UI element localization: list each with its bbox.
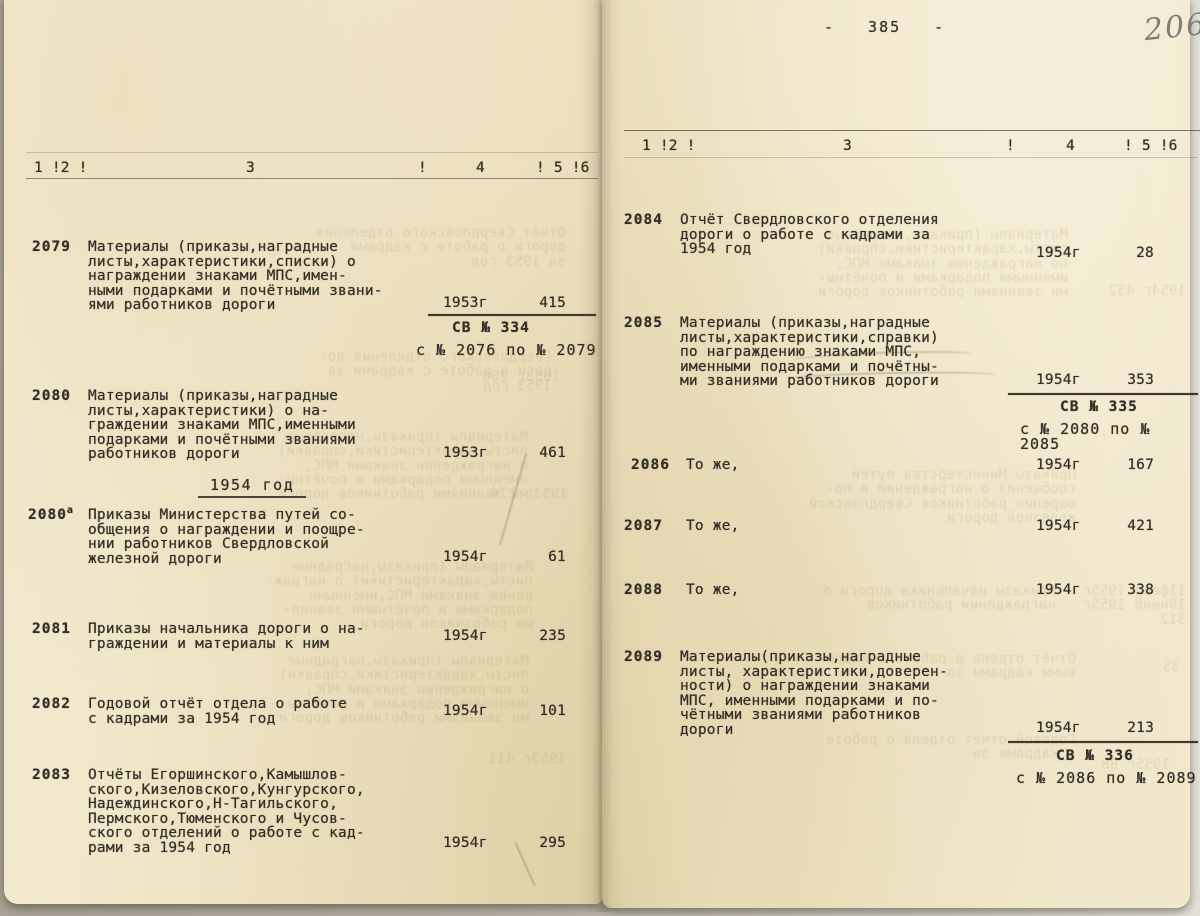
entry-2079-sheets: 415	[508, 296, 566, 311]
right-col-separator: !	[1006, 139, 1015, 154]
right-col-4: 4	[1066, 139, 1075, 154]
entry-2080a-number: 2080а	[28, 508, 74, 523]
entry-2080-description: Материалы (приказы,наградные листы,харак…	[88, 389, 356, 462]
entry-2080-number: 2080	[32, 389, 71, 404]
page-number: - 385 -	[824, 20, 945, 35]
entry-2080a-sheets: 61	[508, 550, 566, 565]
right-header-rule-top	[624, 130, 1200, 131]
entry-2080a-number-superscript: а	[67, 505, 74, 516]
document-scan: 1 !2 ! 3 ! 4 ! 5 !6 2079 Материалы (прик…	[0, 0, 1200, 916]
entry-2087-number: 2087	[624, 519, 663, 534]
entry-2086-year: 1954г	[1036, 458, 1081, 473]
entry-2080-year: 1953г	[443, 446, 488, 461]
bleedthrough-text: 35	[1130, 660, 1180, 674]
entry-2086-sheets: 167	[1096, 458, 1154, 473]
entry-2085-year: 1954г	[1036, 373, 1081, 388]
entry-2081-sheets: 235	[508, 629, 566, 644]
entry-2083-sheets: 295	[508, 836, 566, 851]
entry-2082-number: 2082	[32, 697, 71, 712]
entry-2089-sheets: 213	[1096, 721, 1154, 736]
entry-2083-number: 2083	[32, 768, 71, 783]
entry-2080a-year: 1954г	[443, 550, 488, 565]
right-col-5-6: ! 5 !6	[1124, 139, 1178, 154]
entry-2083-description: Отчёты Егоршинского,Камышлов- ского,Кизе…	[88, 768, 365, 856]
right-col-1-2: 1 !2 !	[642, 139, 696, 154]
entry-2086-number: 2086	[631, 458, 670, 473]
right-col-3: 3	[843, 139, 852, 154]
bleedthrough-text: 1953г 411	[446, 752, 566, 766]
sv336-rule	[1008, 741, 1198, 743]
entry-2081-description: Приказы начальника дороги о на- граждени…	[88, 622, 365, 651]
entry-2082-year: 1954г	[443, 704, 488, 719]
sv335-rule	[1008, 393, 1198, 395]
entry-2082-sheets: 101	[508, 704, 566, 719]
entry-2084-description: Отчёт Свердловского отделения дороги о р…	[680, 213, 939, 257]
entry-2089-description: Материалы(приказы,наградные листы, харак…	[680, 650, 948, 738]
bleedthrough-text: 1954г 452	[1066, 284, 1186, 298]
entry-2083-year: 1954г	[443, 836, 488, 851]
left-col-4: 4	[476, 161, 485, 176]
sv334-range: с № 2076 по № 2079	[416, 343, 597, 358]
entry-2088-description: То же,	[686, 583, 740, 598]
entry-2079-number: 2079	[32, 240, 71, 255]
bleedthrough-text: Приказы Министерства путей сообщения о н…	[786, 468, 1076, 525]
sv336-label: СВ № 336	[1056, 749, 1134, 764]
sv335-range: с № 2080 по № 2085	[1020, 422, 1200, 451]
sv335-label: СВ № 335	[1060, 400, 1138, 415]
left-col-5-6: ! 5 !6	[536, 161, 590, 176]
entry-2085-number: 2085	[624, 316, 663, 331]
entry-2087-year: 1954г	[1036, 519, 1081, 534]
year-1954-heading: 1954 год	[198, 478, 306, 498]
bleedthrough-text: 1953г 274	[448, 487, 568, 501]
entry-2089-year: 1954г	[1036, 721, 1081, 736]
entry-2087-sheets: 421	[1096, 519, 1154, 534]
sv336-range: с № 2086 по № 2089	[1016, 771, 1197, 786]
handwritten-folio-number: 206	[1142, 7, 1200, 48]
entry-2081-year: 1954г	[443, 629, 488, 644]
right-header-rule-bottom	[624, 157, 1198, 158]
entry-2087-description: То же,	[686, 519, 740, 534]
entry-2085-description: Материалы (приказы,наградные листы,харак…	[680, 316, 939, 389]
entry-2080a-description: Приказы Министерства путей со- общения о…	[88, 508, 365, 566]
entry-2081-number: 2081	[32, 622, 71, 637]
left-col-separator: !	[418, 161, 427, 176]
entry-2080a-number-base: 2080	[28, 507, 67, 523]
entry-2079-description: Материалы (приказы,наградные листы,харак…	[88, 240, 383, 313]
entry-2085-sheets: 353	[1096, 373, 1154, 388]
entry-2080-sheets: 461	[508, 446, 566, 461]
entry-2084-number: 2084	[624, 213, 663, 228]
bleedthrough-text: 1953г 200	[440, 370, 560, 384]
entry-2088-number: 2088	[624, 583, 663, 598]
entry-2089-number: 2089	[624, 650, 663, 665]
entry-2079-year: 1953г	[443, 296, 488, 311]
sv334-label: СВ № 334	[452, 321, 530, 336]
left-col-1-2: 1 !2 !	[34, 161, 88, 176]
left-col-3: 3	[246, 161, 255, 176]
left-header-rule-bottom	[26, 178, 598, 179]
bleedthrough-text: Приказы начальника дороги о награждении …	[786, 584, 1056, 613]
entry-2088-sheets: 338	[1096, 583, 1154, 598]
sv334-rule	[428, 314, 596, 316]
entry-2084-sheets: 28	[1096, 246, 1154, 261]
entry-2082-description: Годовой отчёт отдела о работе с кадрами …	[88, 697, 347, 726]
entry-2088-year: 1954г	[1036, 583, 1081, 598]
left-header-rule-top	[26, 152, 598, 153]
entry-2086-description: То же,	[686, 458, 740, 473]
entry-2084-year: 1954г	[1036, 246, 1081, 261]
